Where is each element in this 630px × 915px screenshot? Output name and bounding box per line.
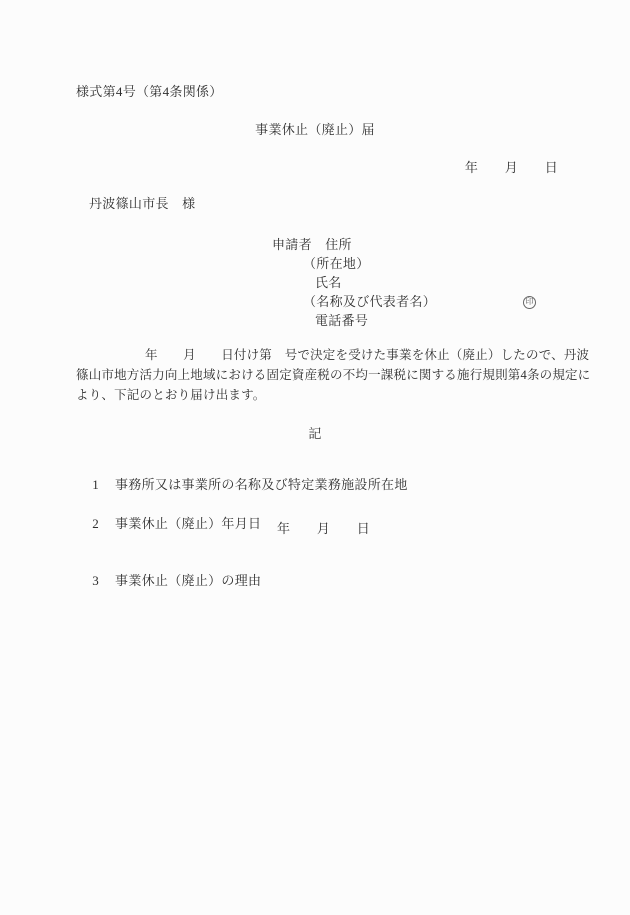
addressee: 丹波篠山市長 様 <box>89 196 195 212</box>
applicant-location-label: （所在地） <box>303 256 370 272</box>
item-2-text: 事業休止（廃止）年月日 <box>115 516 261 531</box>
item-2: 2事業休止（廃止）年月日 <box>78 500 261 547</box>
date-line-top: 年 月 日 <box>465 160 558 176</box>
form-number: 様式第4号（第4条関係） <box>76 84 223 100</box>
item-3: 3事業休止（廃止）の理由 <box>78 557 261 604</box>
body-paragraph-line-2: 篠山市地方活力向上地域における固定資産税の不均一課税に関する施行規則第4条の規定… <box>76 368 590 383</box>
item-3-number: 3 <box>92 573 99 589</box>
applicant-corp-name-label: （名称及び代表者名） <box>303 294 436 310</box>
applicant-address-label: 申請者 住所 <box>272 237 352 253</box>
item-2-number: 2 <box>92 516 99 532</box>
item-3-text: 事業休止（廃止）の理由 <box>115 573 261 588</box>
document-page: 様式第4号（第4条関係） 事業休止（廃止）届 年 月 日 丹波篠山市長 様 申請… <box>0 0 630 915</box>
item-2-date-line: 年 月 日 <box>277 521 370 537</box>
applicant-phone-label: 電話番号 <box>315 313 368 329</box>
record-heading: 記 <box>0 426 630 442</box>
seal-character: 印 <box>523 296 536 309</box>
applicant-name-label: 氏名 <box>315 275 342 291</box>
document-title: 事業休止（廃止）届 <box>0 122 630 138</box>
body-paragraph-line-1: 年 月 日付け第 号で決定を受けた事業を休止（廃止）したので、丹波 <box>76 348 589 363</box>
item-1-number: 1 <box>92 477 99 493</box>
body-paragraph-line-3: より、下記のとおり届け出ます。 <box>76 388 266 403</box>
seal-icon: 印 <box>523 291 536 309</box>
item-1-text: 事務所又は事業所の名称及び特定業務施設所在地 <box>115 477 408 492</box>
